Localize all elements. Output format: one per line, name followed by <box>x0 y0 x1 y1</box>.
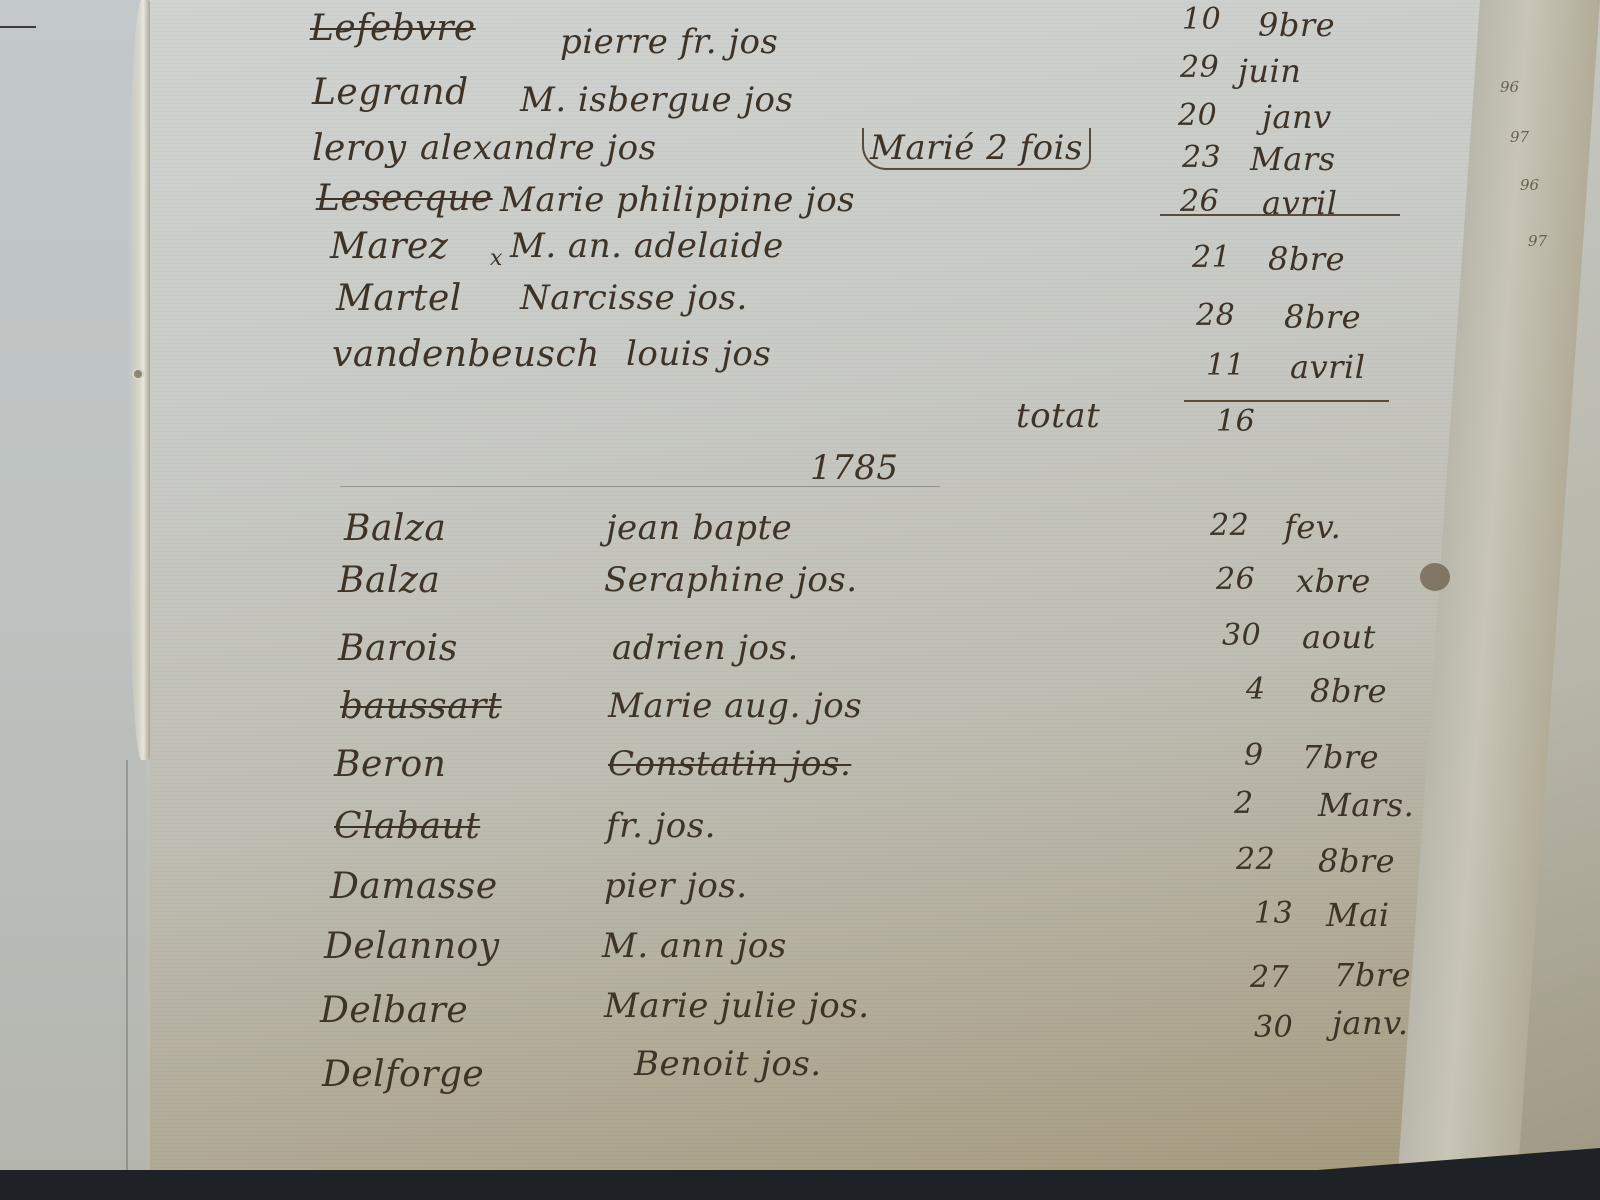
entry-surname: Balza <box>344 508 446 549</box>
entry-month: xbre <box>1296 562 1371 600</box>
page-gutter <box>126 760 128 1200</box>
entry-month: 7bre <box>1302 738 1379 776</box>
register-photo: 96 97 96 97 Lefebvre pierre fr. jos 10 9… <box>0 0 1600 1200</box>
entry-month: 8bre <box>1268 240 1345 278</box>
entry-month: aout <box>1302 618 1376 656</box>
total-rule <box>1184 400 1389 402</box>
entry-surname: Balza <box>338 560 440 601</box>
entry-day: 26 <box>1216 562 1255 597</box>
ink-stain <box>1420 563 1450 591</box>
entry-given-names: jean bapte <box>606 508 792 548</box>
entry-given-names: Marie julie jos. <box>604 986 870 1026</box>
entry-given-names: louis jos <box>626 334 771 374</box>
entry-day: 30 <box>1254 1010 1293 1045</box>
entry-given-names: pier jos. <box>604 866 748 906</box>
entry-surname: Damasse <box>330 866 498 907</box>
entry-surname: vandenbeusch <box>332 334 600 375</box>
entry-given-names: Constatin jos. <box>608 744 851 784</box>
entry-surname: Delbare <box>320 990 468 1031</box>
entry-surname: Lefebvre <box>310 8 476 49</box>
entry-month: Mars <box>1250 140 1336 178</box>
entry-day: 13 <box>1254 896 1293 931</box>
table-surface <box>0 1170 1600 1200</box>
entry-day: 28 <box>1196 298 1235 333</box>
entry-given-names: Marie aug. jos <box>608 686 862 726</box>
entry-given-names: alexandre jos <box>420 128 657 168</box>
entry-day: 27 <box>1250 960 1289 995</box>
year-heading: 1785 <box>810 448 899 488</box>
entry-month: Mai <box>1326 896 1390 934</box>
entry-surname: Legrand <box>312 72 469 113</box>
entry-surname: leroy <box>312 128 407 169</box>
entry-month: Mars. <box>1318 786 1414 824</box>
entry-month: avril <box>1262 184 1337 222</box>
entry-surname: Clabaut <box>334 806 480 847</box>
entry-day: 20 <box>1178 98 1217 133</box>
entry-day: 29 <box>1180 50 1219 85</box>
entry-day: 22 <box>1210 508 1249 543</box>
entry-month: 9bre <box>1258 6 1335 44</box>
entry-month: janv <box>1262 98 1332 136</box>
edge-number: 97 <box>1510 128 1529 146</box>
total-label: totat <box>1016 396 1100 436</box>
edge-number: 96 <box>1520 176 1539 194</box>
entry-surname: Delannoy <box>324 926 500 967</box>
entry-day: 10 <box>1182 2 1221 37</box>
entry-given-names: fr. jos. <box>606 806 716 846</box>
entry-surname: Lesecque <box>316 178 493 219</box>
entry-given-names: adrien jos. <box>612 628 799 668</box>
entry-month: juin <box>1238 52 1301 90</box>
entry-month: 8bre <box>1310 672 1387 710</box>
entry-surname: Delforge <box>322 1054 484 1095</box>
binding-knot <box>132 368 144 380</box>
entry-given-names: Benoit jos. <box>634 1044 822 1084</box>
total-value: 16 <box>1216 404 1255 439</box>
entry-given-names: Marie philippine jos <box>500 180 855 220</box>
entry-day: 21 <box>1192 240 1231 275</box>
entry-surname: baussart <box>340 686 502 727</box>
left-facing-page <box>0 0 145 1200</box>
entry-given-names: Seraphine jos. <box>604 560 858 600</box>
marginal-note: Marié 2 fois <box>862 128 1091 170</box>
entry-day: 2 <box>1234 786 1254 821</box>
entry-given-names: M. an. adelaide <box>510 226 784 266</box>
underline <box>1160 214 1400 216</box>
mark: x <box>490 246 503 271</box>
entry-month: 8bre <box>1318 842 1395 880</box>
entry-given-names: pierre fr. jos <box>560 22 778 62</box>
entry-surname: Marez <box>330 226 448 267</box>
entry-day: 9 <box>1244 738 1264 773</box>
entry-given-names: M. ann jos <box>602 926 787 966</box>
entry-month: fev. <box>1284 508 1341 546</box>
entry-month: 8bre <box>1284 298 1361 336</box>
entry-day: 23 <box>1182 140 1221 175</box>
entry-day: 4 <box>1246 672 1266 707</box>
edge-number: 97 <box>1528 232 1547 250</box>
entry-surname: Martel <box>336 278 462 319</box>
entry-month: avril <box>1290 348 1365 386</box>
entry-day: 11 <box>1206 348 1245 383</box>
edge-number: 96 <box>1500 78 1519 96</box>
entry-given-names: Narcisse jos. <box>520 278 748 318</box>
entry-given-names: M. isbergue jos <box>520 80 793 120</box>
entry-month: janv. <box>1332 1004 1409 1042</box>
entry-month: 7bre <box>1334 956 1411 994</box>
entry-day: 22 <box>1236 842 1275 877</box>
entry-surname: Barois <box>338 628 458 669</box>
entry-surname: Beron <box>334 744 446 785</box>
ink-stroke <box>0 26 36 28</box>
entry-day: 30 <box>1222 618 1261 653</box>
